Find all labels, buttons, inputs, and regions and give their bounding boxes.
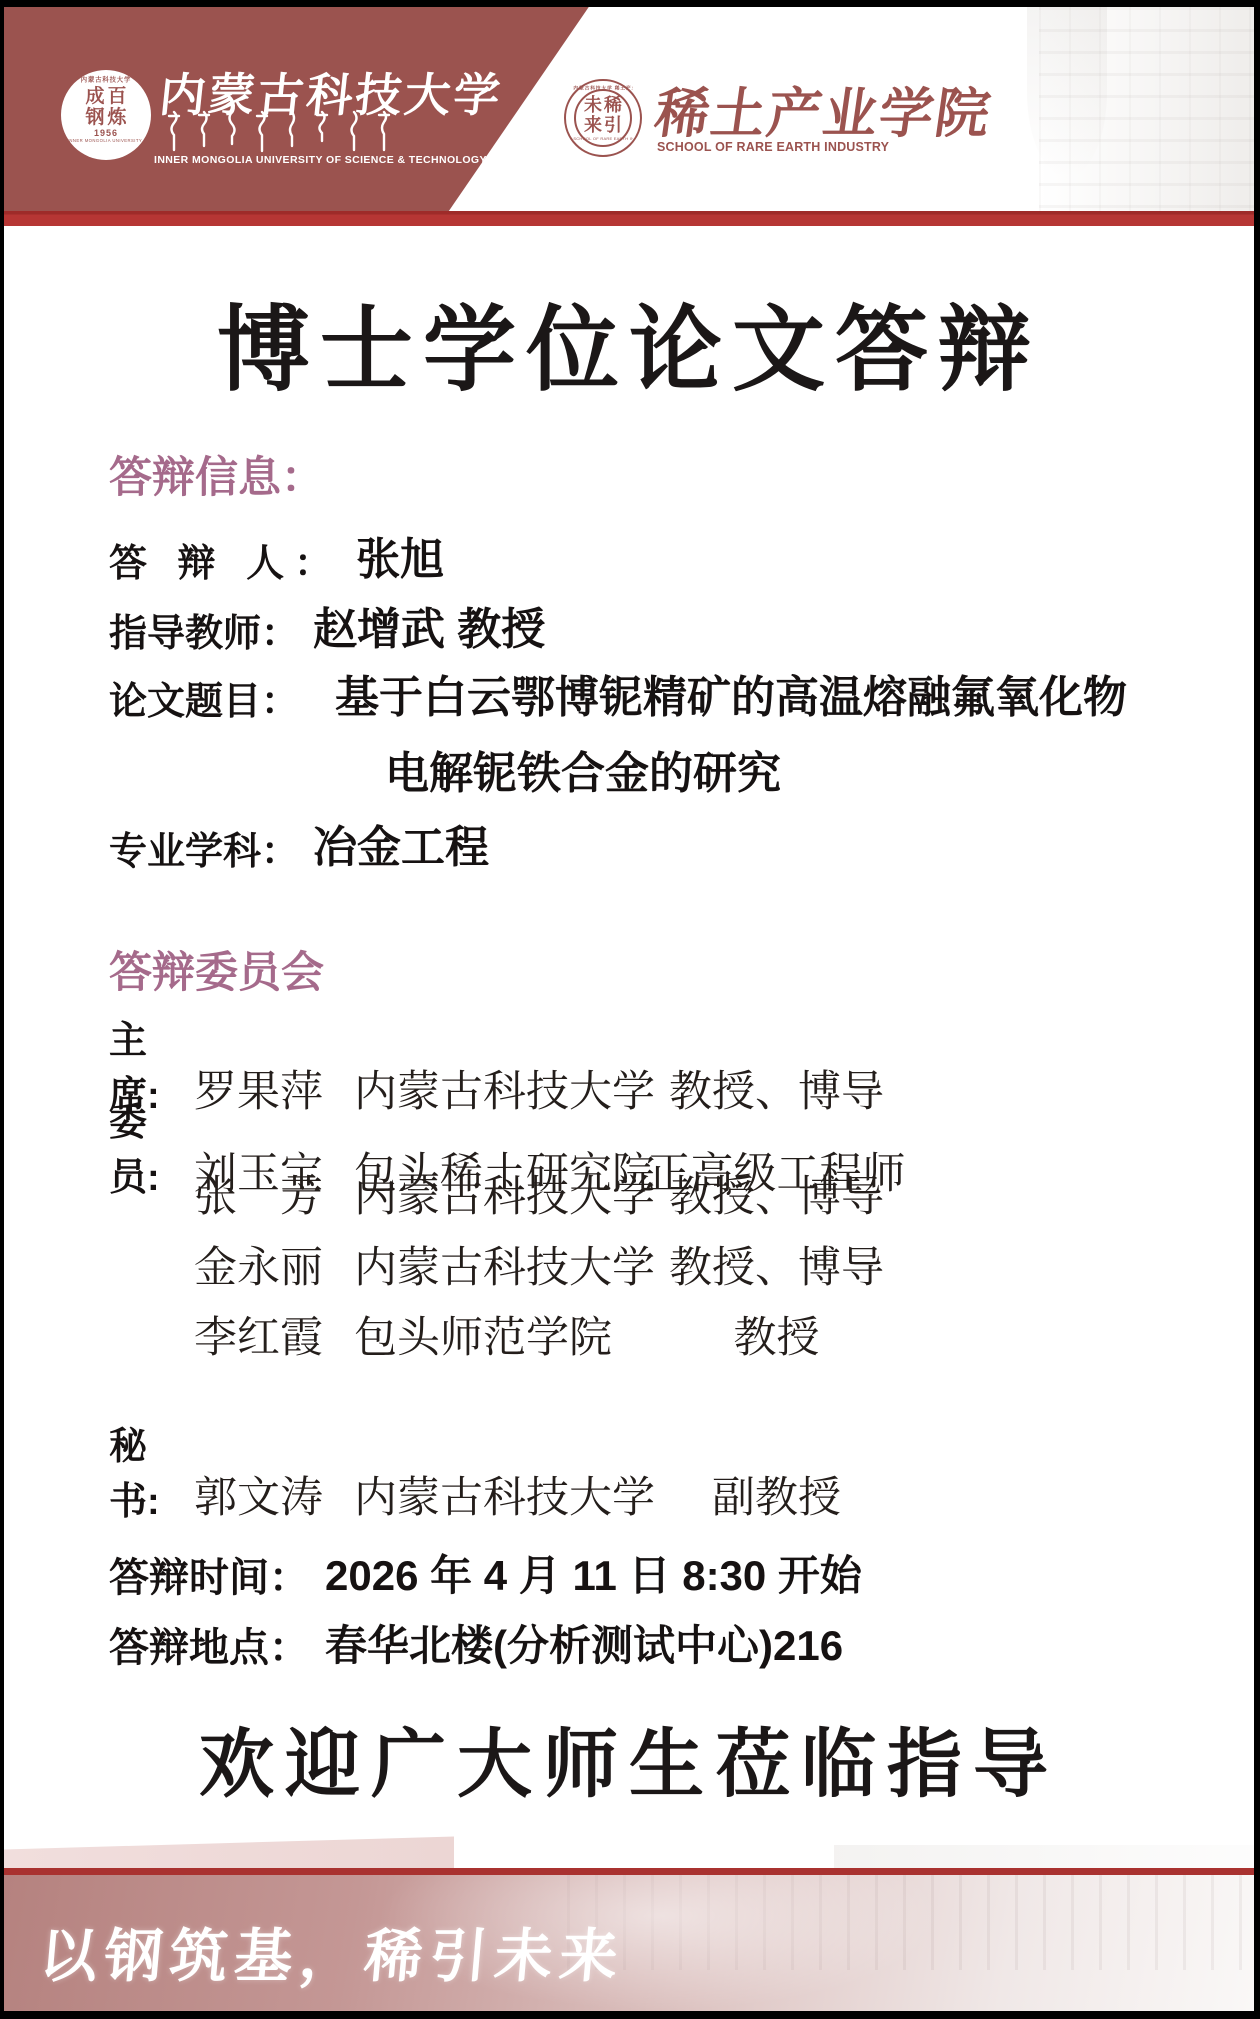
member-org: 内蒙古科技大学 xyxy=(354,1464,634,1525)
mongolian-script-icon xyxy=(166,110,401,159)
srei-seal-arc-bottom: SCHOOL OF RARE EARTH INDUSTRY xyxy=(573,137,632,142)
thesis-label: 论文题目： xyxy=(109,670,299,725)
major-label: 专业学科： xyxy=(109,820,299,875)
time-label: 答辩时间： xyxy=(109,1546,309,1603)
advisor-name: 赵增武 教授 xyxy=(313,593,545,657)
member-title: 副教授 xyxy=(634,1464,919,1525)
committee-row-member: 李红霞 包头师范学院 教授 xyxy=(109,1304,919,1365)
member-name: 郭文涛 xyxy=(194,1464,354,1525)
member-title: 教授、博导 xyxy=(634,1163,919,1224)
committee-row-member: 张 芳 内蒙古科技大学 教授、博导 xyxy=(109,1163,919,1224)
member-org: 包头师范学院 xyxy=(354,1304,634,1365)
seal-char: 成 xyxy=(84,86,106,107)
red-divider-stripe xyxy=(4,211,1254,226)
thesis-title-line1: 基于白云鄂博铌精矿的高温熔融氟氧化物 xyxy=(335,661,1127,725)
section-heading-defense-info: 答辩信息： xyxy=(109,444,324,505)
footer-red-line xyxy=(4,1868,1254,1875)
srei-seal-icon: 内蒙古科技大学 稀土产业学院 未 稀 来 引 SCHOOL OF RARE EA… xyxy=(564,79,642,157)
row-defense-time: 答辩时间： 2026 年 4 月 11 日 8:30 开始 xyxy=(109,1543,862,1603)
member-name: 金永丽 xyxy=(194,1234,354,1295)
seal-char: 百 xyxy=(106,86,128,107)
member-name: 李红霞 xyxy=(194,1304,354,1365)
poster-inner: 内蒙古科技大学 成 百 钢 炼 1956 INNER MONGOLIA UNIV… xyxy=(4,7,1254,2011)
seal-char: 钢 xyxy=(84,107,106,128)
imust-seal-year: 1956 xyxy=(61,128,151,138)
member-title: 教授、博导 xyxy=(634,1234,919,1295)
imust-name-english: INNER MONGOLIA UNIVERSITY OF SCIENCE & T… xyxy=(154,154,487,166)
defendant-name: 张旭 xyxy=(356,523,444,587)
thesis-title-line2: 电解铌铁合金的研究 xyxy=(385,737,781,801)
row-advisor: 指导教师： 赵增武 教授 xyxy=(109,593,545,657)
place-value: 春华北楼(分析测试中心)216 xyxy=(325,1613,843,1673)
row-major: 专业学科： 冶金工程 xyxy=(109,811,489,875)
welcome-title: 欢迎广大师生莅临指导 xyxy=(4,1705,1254,1812)
defense-poster: 内蒙古科技大学 成 百 钢 炼 1956 INNER MONGOLIA UNIV… xyxy=(0,0,1260,2019)
imust-seal-icon: 内蒙古科技大学 成 百 钢 炼 1956 INNER MONGOLIA UNIV… xyxy=(61,70,151,160)
pink-watermark-wedge xyxy=(4,1831,454,1868)
footer-slogan-calligraphy: 以钢筑基，稀引未来 xyxy=(36,1909,628,1993)
srei-seal-arc-text: 内蒙古科技大学 稀土产业学院 xyxy=(573,82,632,91)
row-defendant: 答 辩 人： 张旭 xyxy=(109,523,444,587)
member-title: 教授 xyxy=(634,1304,919,1365)
row-thesis-title-continued: 电解铌铁合金的研究 xyxy=(109,737,781,801)
imust-seal-characters: 成 百 钢 炼 xyxy=(84,86,128,128)
defendant-label: 答 辩 人： xyxy=(109,532,342,587)
major-value: 冶金工程 xyxy=(313,811,489,875)
imust-seal-arc-text: 内蒙古科技大学 xyxy=(66,71,147,85)
role-label: 秘书: xyxy=(109,1415,194,1525)
header-banner: 内蒙古科技大学 成 百 钢 炼 1956 INNER MONGOLIA UNIV… xyxy=(4,7,1254,211)
row-defense-place: 答辩地点： 春华北楼(分析测试中心)216 xyxy=(109,1613,843,1673)
campus-photo-faint xyxy=(1039,7,1254,211)
row-thesis-title: 论文题目： 基于白云鄂博铌精矿的高温熔融氟氧化物 xyxy=(109,661,1127,725)
grey-watermark-wedge xyxy=(834,1845,1254,1868)
committee-row-secretary: 秘书: 郭文涛 内蒙古科技大学 副教授 xyxy=(109,1415,919,1525)
member-name: 张 芳 xyxy=(194,1163,354,1224)
seal-char: 炼 xyxy=(106,107,128,128)
place-label: 答辩地点： xyxy=(109,1616,309,1673)
committee-row-member: 金永丽 内蒙古科技大学 教授、博导 xyxy=(109,1234,919,1295)
time-value: 2026 年 4 月 11 日 8:30 开始 xyxy=(325,1543,862,1603)
page-title: 博士学位论文答辩 xyxy=(4,275,1254,409)
tree-silhouette xyxy=(1027,7,1107,177)
imust-seal-arc-bottom: INNER MONGOLIA UNIVERSITY OF SCIENCE & T… xyxy=(68,138,145,143)
section-heading-committee: 答辩委员会 xyxy=(109,939,324,1000)
member-org: 内蒙古科技大学 xyxy=(354,1163,634,1224)
member-org: 内蒙古科技大学 xyxy=(354,1234,634,1295)
srei-name-chinese: 稀土产业学院 xyxy=(651,71,998,148)
advisor-label: 指导教师： xyxy=(109,602,299,657)
srei-name-english: SCHOOL OF RARE EARTH INDUSTRY xyxy=(657,140,889,154)
